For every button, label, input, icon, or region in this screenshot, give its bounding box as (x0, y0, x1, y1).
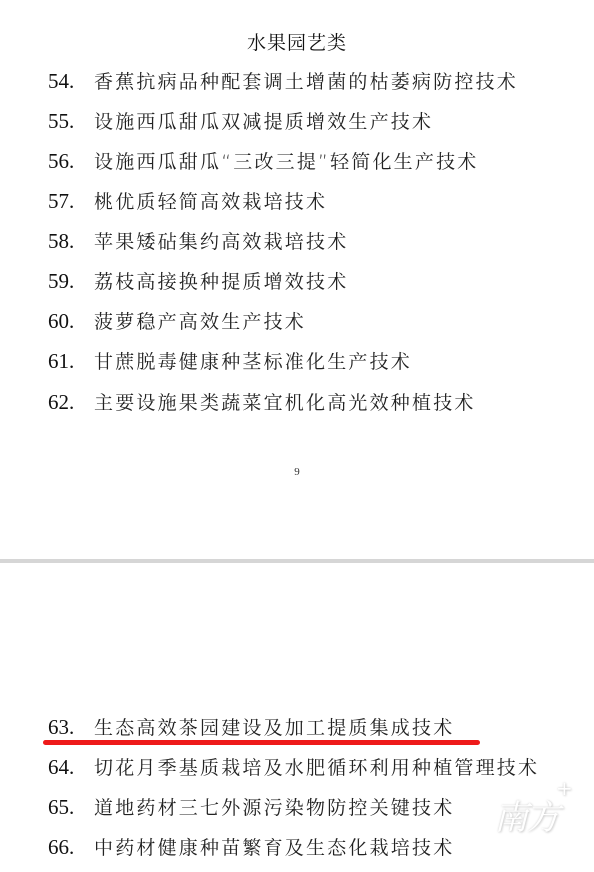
item-text: 设施西瓜甜瓜双减提质增效生产技术 (94, 107, 433, 137)
item-text: 菠萝稳产高效生产技术 (94, 307, 306, 337)
item-text: 甘蔗脱毒健康种茎标准化生产技术 (94, 347, 412, 377)
item-text: 生态高效茶园建设及加工提质集成技术 (94, 713, 454, 743)
item-text: 香蕉抗病品种配套调土增菌的枯萎病防控技术 (94, 67, 518, 97)
item-number: 57. (48, 186, 94, 216)
list-item: 60.菠萝稳产高效生产技术 (48, 306, 306, 336)
item-text: 道地药材三七外源污染物防控关键技术 (94, 793, 454, 823)
item-text: 桃优质轻简高效栽培技术 (94, 187, 327, 217)
list-item: 65.道地药材三七外源污染物防控关键技术 (48, 792, 454, 822)
item-text: 苹果矮砧集约高效栽培技术 (94, 227, 348, 257)
item-text: 中药材健康种苗繁育及生态化栽培技术 (94, 833, 454, 863)
nanfang-plus-watermark-logo: 南方 + (494, 790, 558, 839)
item-number: 56. (48, 146, 94, 176)
page-separator (0, 559, 594, 563)
list-item: 59.荔枝高接换种提质增效技术 (48, 266, 348, 296)
item-number: 54. (48, 66, 94, 96)
item-number: 63. (48, 712, 94, 742)
section-heading: 水果园艺类 (0, 28, 594, 55)
item-number: 60. (48, 306, 94, 336)
page-number: 9 (0, 466, 594, 478)
item-number: 65. (48, 792, 94, 822)
list-item: 58.苹果矮砧集约高效栽培技术 (48, 226, 348, 256)
item-number: 64. (48, 752, 94, 782)
item-number: 62. (48, 387, 94, 417)
list-item: 54.香蕉抗病品种配套调土增菌的枯萎病防控技术 (48, 66, 518, 96)
list-item: 55.设施西瓜甜瓜双减提质增效生产技术 (48, 106, 433, 136)
item-number: 59. (48, 266, 94, 296)
item-text: 荔枝高接换种提质增效技术 (94, 267, 348, 297)
list-item: 56.设施西瓜甜瓜“三改三提”轻简化生产技术 (48, 146, 479, 176)
item-number: 61. (48, 346, 94, 376)
list-item: 66.中药材健康种苗繁育及生态化栽培技术 (48, 832, 454, 862)
list-item: 62.主要设施果类蔬菜宜机化高光效种植技术 (48, 387, 476, 417)
item-number: 66. (48, 832, 94, 862)
list-item: 64.切花月季基质栽培及水肥循环利用种植管理技术 (48, 752, 539, 782)
item-text: 主要设施果类蔬菜宜机化高光效种植技术 (94, 388, 476, 418)
item-text: 设施西瓜甜瓜“三改三提”轻简化生产技术 (94, 147, 479, 177)
document-page-9: 水果园艺类 54.香蕉抗病品种配套调土增菌的枯萎病防控技术 55.设施西瓜甜瓜双… (0, 0, 594, 559)
list-item: 57.桃优质轻简高效栽培技术 (48, 186, 327, 216)
red-highlight-underline (43, 740, 480, 745)
item-text: 切花月季基质栽培及水肥循环利用种植管理技术 (94, 753, 539, 783)
item-number: 55. (48, 106, 94, 136)
plus-icon: + (556, 776, 571, 800)
item-number: 58. (48, 226, 94, 256)
watermark-text: 南方 (494, 798, 558, 838)
list-item-highlighted: 63.生态高效茶园建设及加工提质集成技术 (48, 712, 454, 742)
list-item: 61.甘蔗脱毒健康种茎标准化生产技术 (48, 346, 412, 376)
